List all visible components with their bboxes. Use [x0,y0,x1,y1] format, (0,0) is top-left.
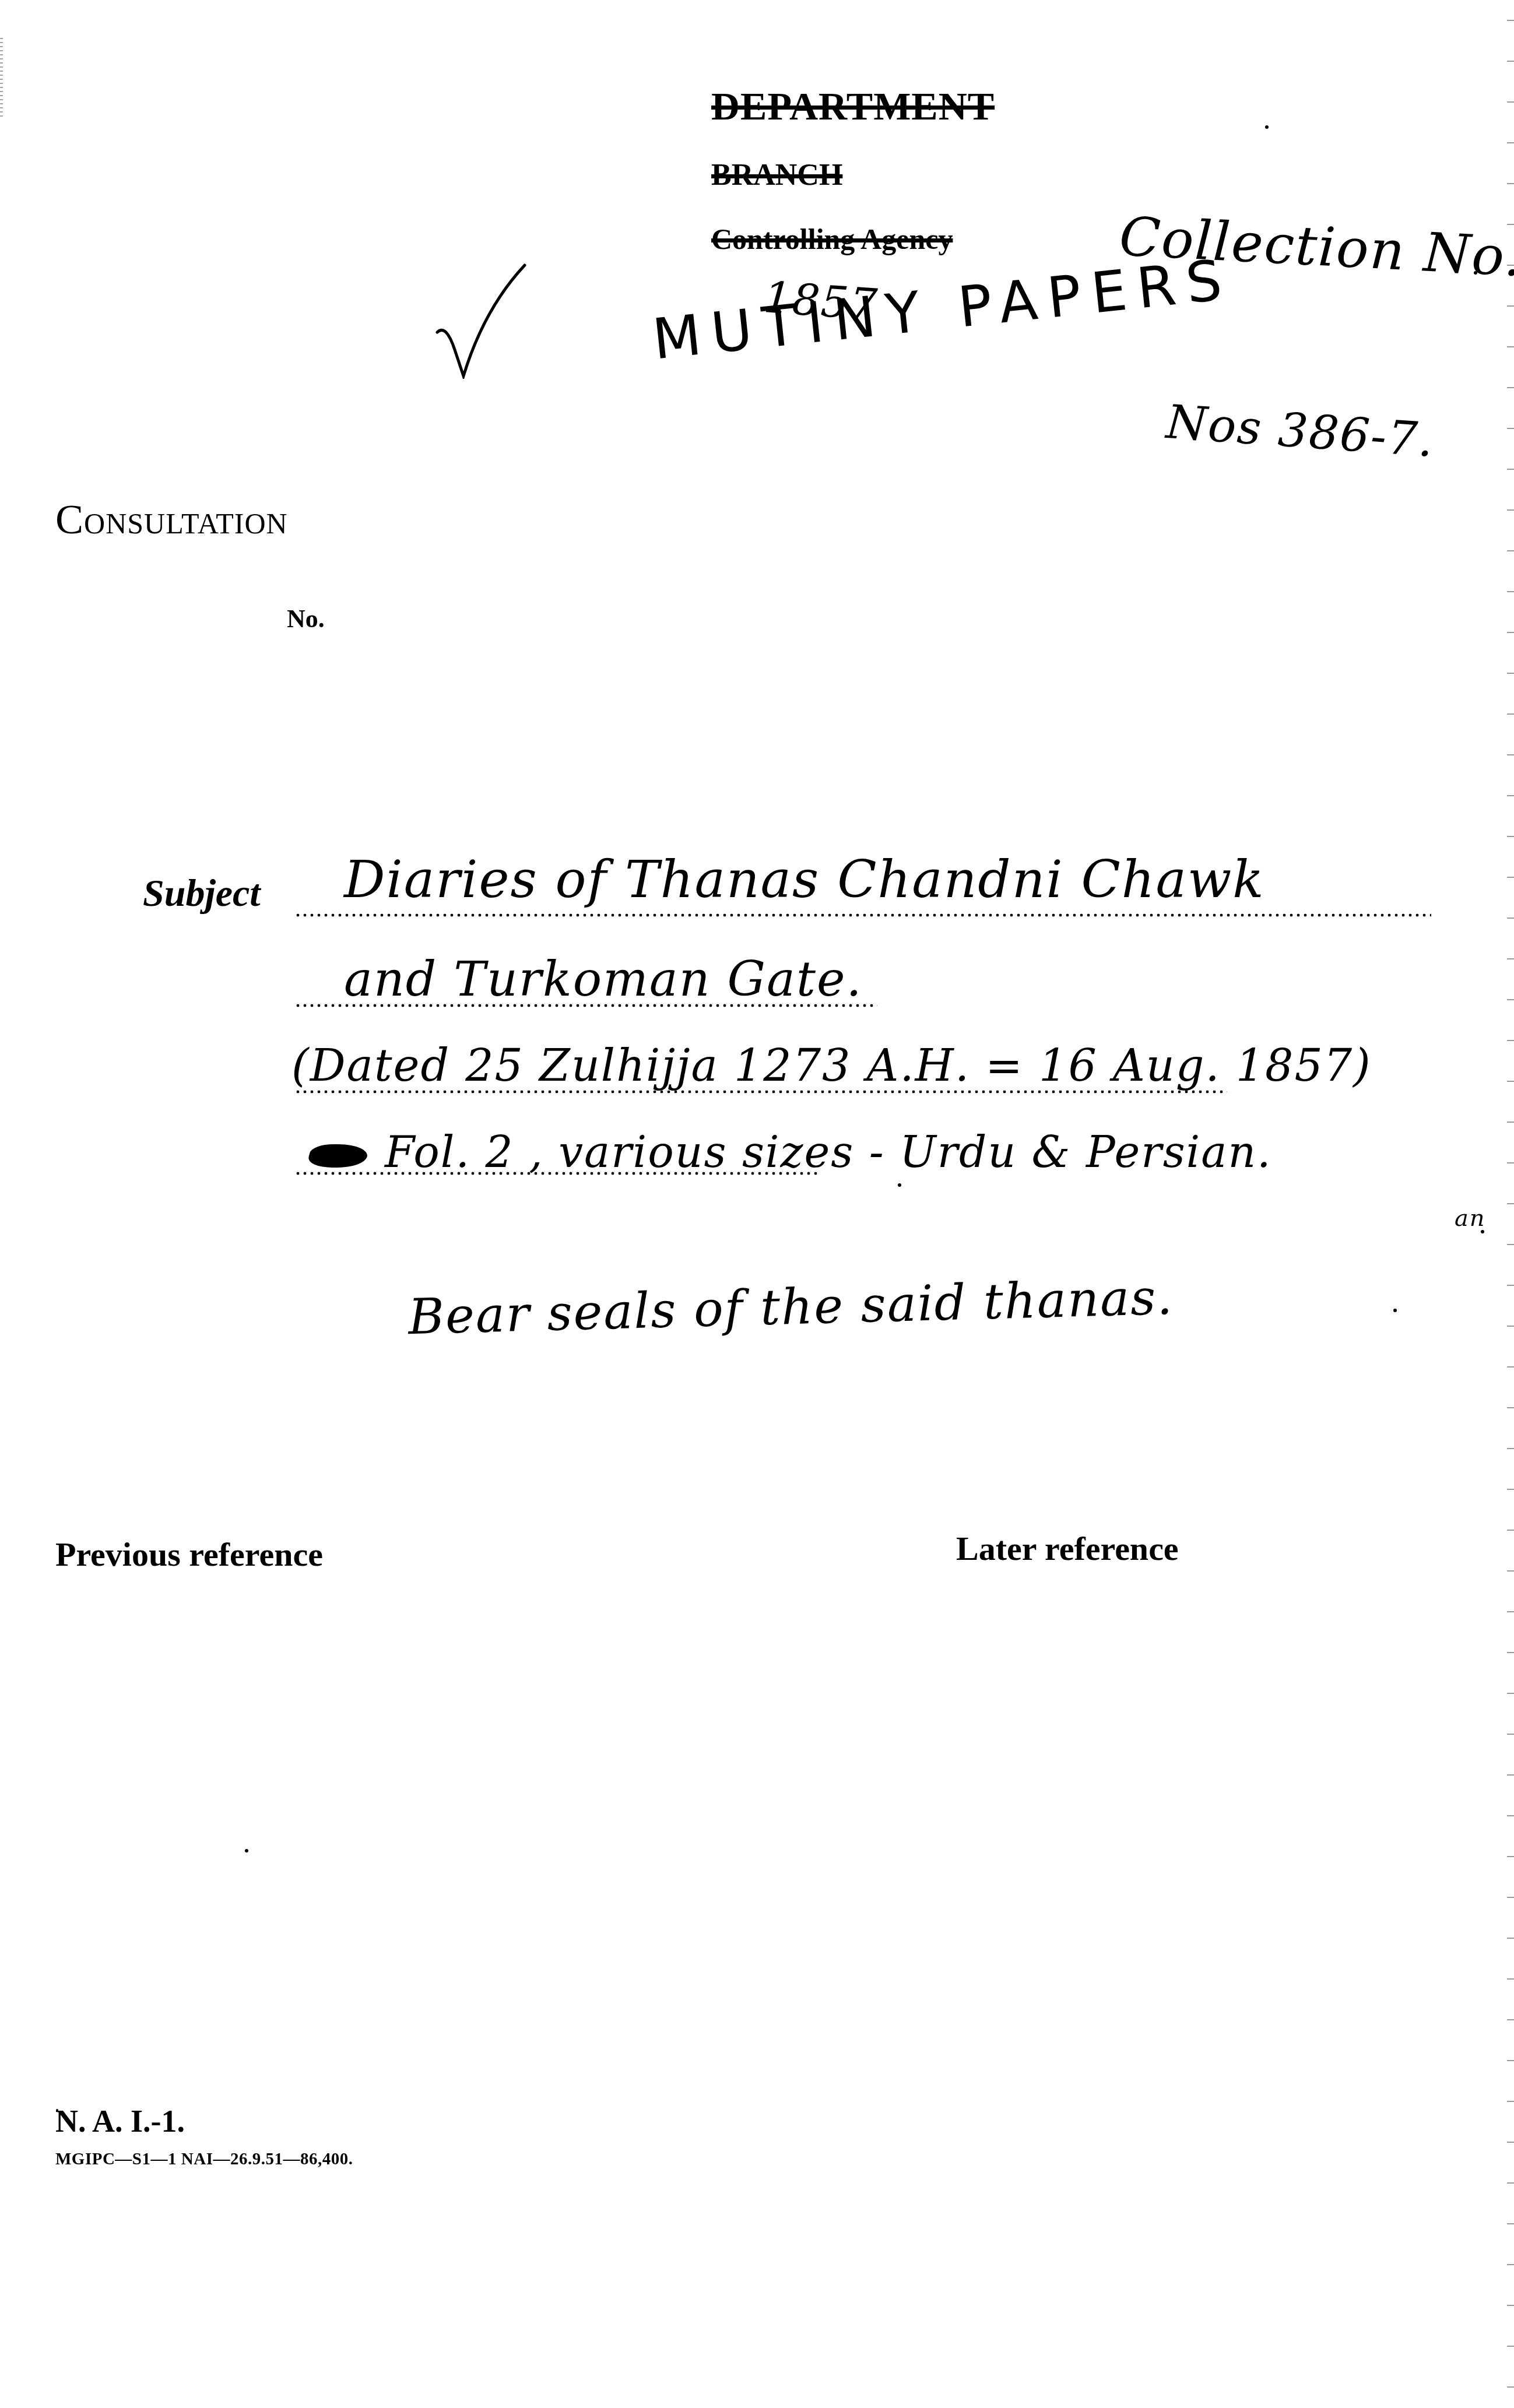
scan-edge-marks [1507,0,1514,2408]
previous-reference-label: Previous reference [55,1538,323,1572]
file-numbers-annotation: Nos 386-7. [1165,399,1436,464]
check-mark-icon [431,262,531,379]
subject-dotted-line-1 [294,913,1431,917]
scan-speck [1265,125,1269,129]
form-code: N. A. I.-1. [55,2105,185,2137]
controlling-agency-label: Controlling Agency [711,224,953,254]
subject-label: Subject [143,874,261,913]
scan-speck [1393,1309,1397,1312]
subject-line-4-superscript: an [1455,1207,1486,1230]
subject-line-4-text: Fol. 2 , various sizes - Urdu & Persian. [385,1127,1272,1177]
scan-speck [898,1183,901,1187]
subject-line-4: Fol. 2 , various sizes - Urdu & Persian. [309,1131,1272,1174]
scan-speck [1481,1230,1484,1233]
document-page: DEPARTMENT BRANCH Controlling Agency Col… [0,0,1514,2408]
subject-line-2: and Turkoman Gate. [344,956,862,1004]
later-reference-label: Later reference [956,1532,1179,1566]
scan-speck [56,2109,58,2111]
branch-label: BRANCH [711,160,842,191]
subject-line-1: Diaries of Thanas Chandni Chawk [344,854,1265,905]
consultation-label: Consultation [55,498,288,540]
subject-line-5: Bear seals of the said thanas. [408,1272,1174,1341]
printer-imprint: MGIPC—S1—1 NAI—26.9.51—86,400. [55,2151,353,2168]
scan-speck [1474,271,1477,275]
scan-speck [245,1849,248,1852]
department-label: DEPARTMENT [711,86,995,126]
series-title-annotation: MUTINY PAPERS [650,251,1235,368]
consultation-number-label: No. [287,606,325,632]
scan-edge-marks-left [0,35,3,117]
subject-line-3: (Dated 25 Zulhijja 1273 A.H. = 16 Aug. 1… [291,1043,1372,1088]
struck-out-word [306,1144,371,1168]
